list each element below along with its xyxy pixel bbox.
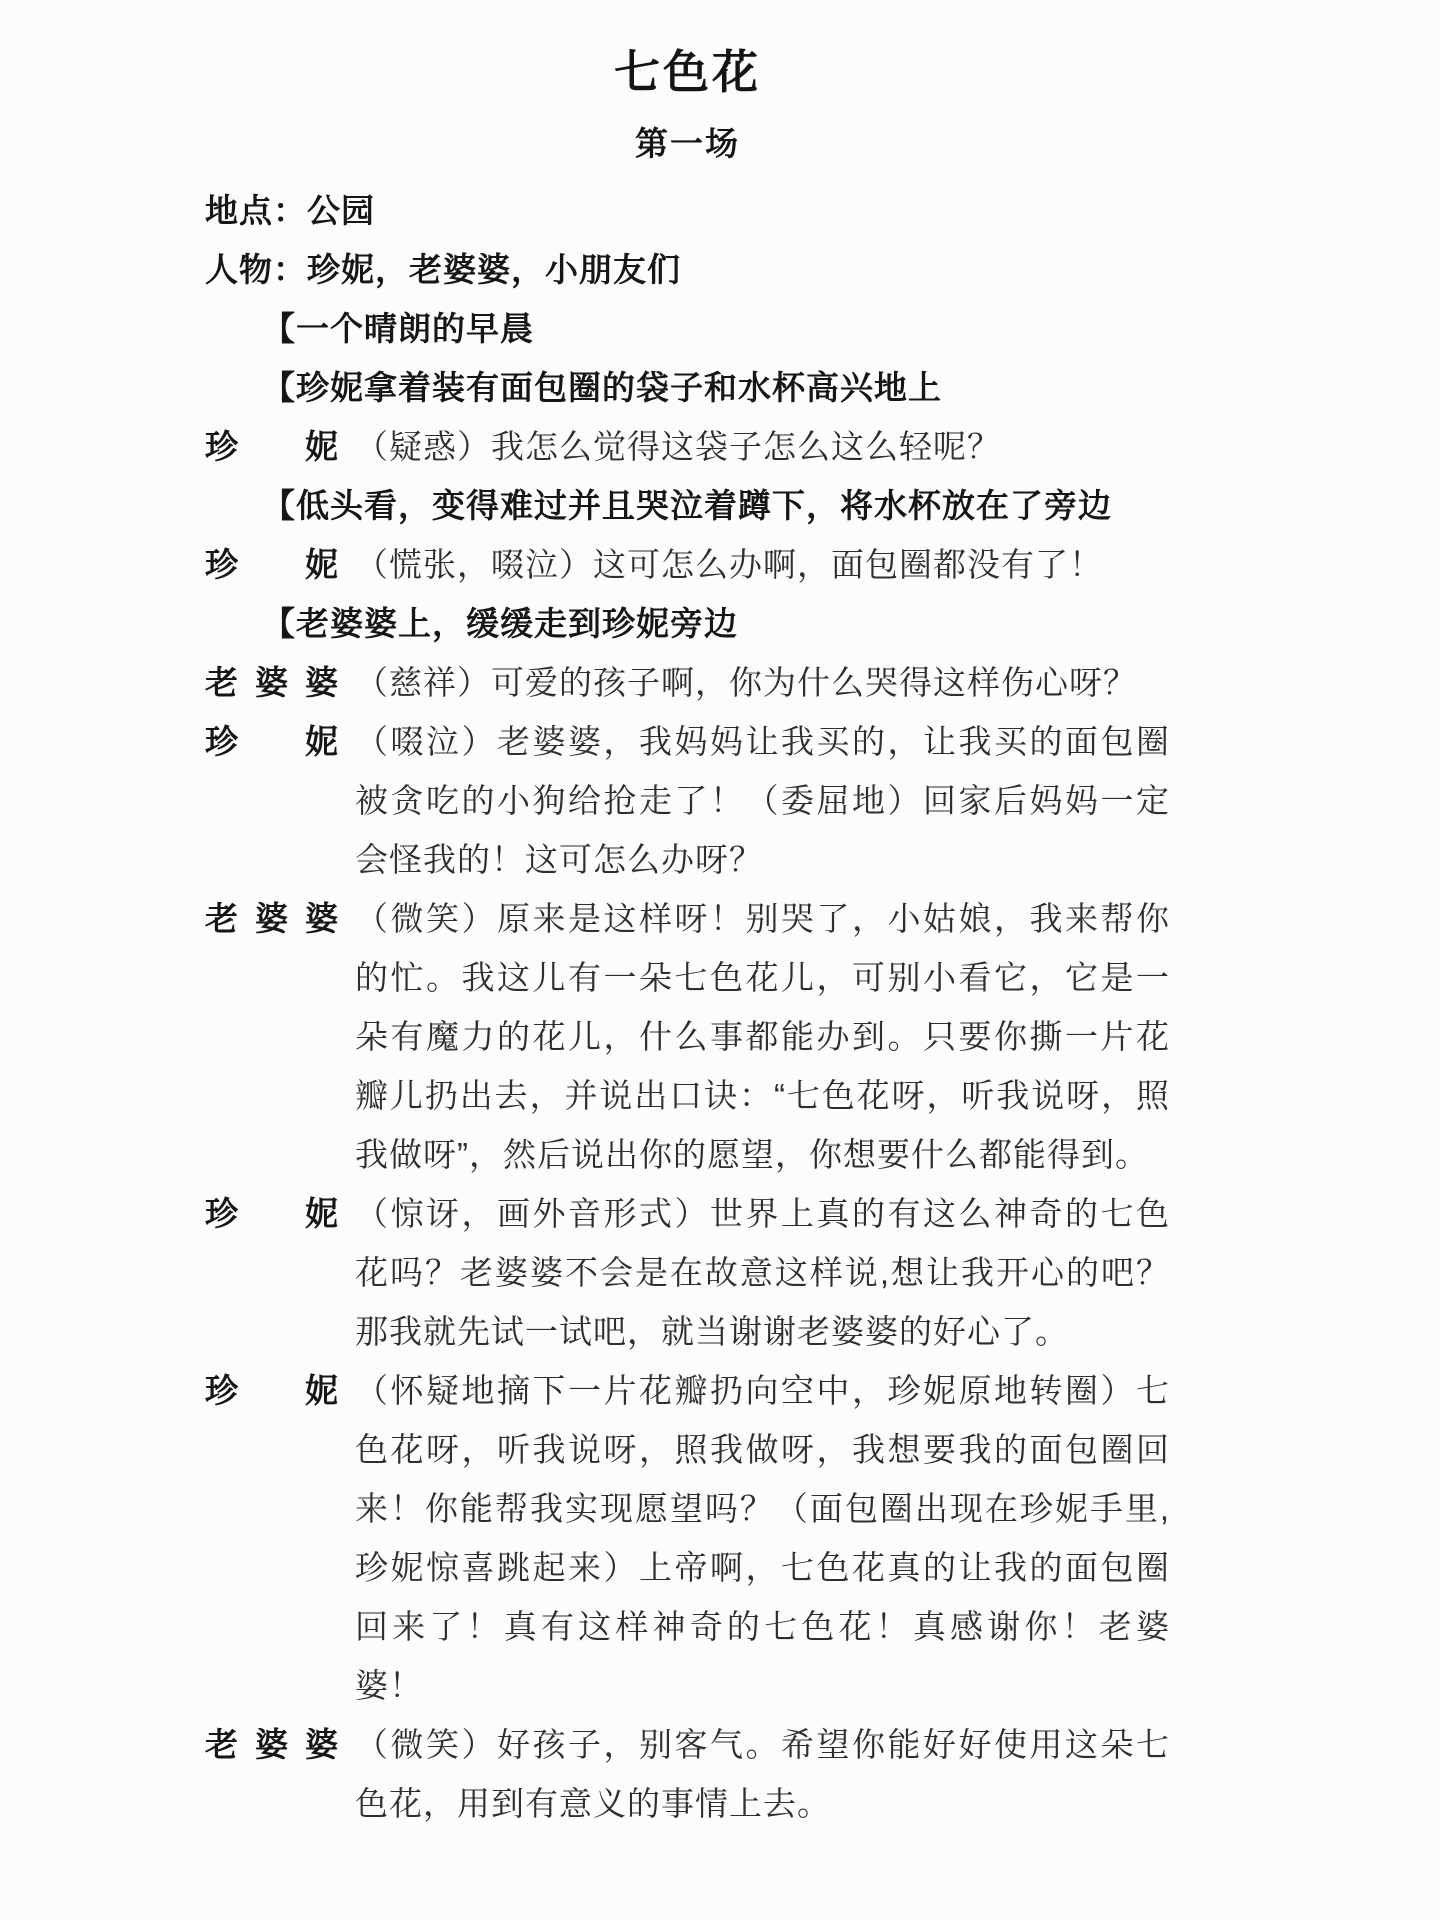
meta-location-text: 地点：公园	[205, 181, 1170, 240]
script-body: 地点：公园 人物：珍妮，老婆婆，小朋友们 【一个晴朗的早晨 【珍妮拿着装有面包圈…	[205, 181, 1170, 1833]
dialogue-row: 珍妮 （惊讶，画外音形式）世界上真的有这么神奇的七色花吗？老婆婆不会是在故意这样…	[205, 1184, 1170, 1361]
meta-location: 地点：公园	[205, 181, 1170, 240]
stage-direction-text: 【一个晴朗的早晨	[205, 299, 1170, 358]
speech-text: （微笑）好孩子，别客气。希望你能好好使用这朵七色花，用到有意义的事情上去。	[355, 1715, 1170, 1833]
script-page: 七色花 第一场 地点：公园 人物：珍妮，老婆婆，小朋友们 【一个晴朗的早晨 【珍…	[0, 0, 1440, 1920]
speech-text: （慌张，啜泣）这可怎么办啊，面包圈都没有了！	[355, 535, 1170, 594]
dialogue-row: 珍妮 （怀疑地摘下一片花瓣扔向空中，珍妮原地转圈）七色花呀，听我说呀，照我做呀，…	[205, 1361, 1170, 1715]
speaker-name: 珍妮	[205, 1184, 339, 1243]
dialogue-row: 老婆婆 （微笑）原来是这样呀！别哭了，小姑娘，我来帮你的忙。我这儿有一朵七色花儿…	[205, 889, 1170, 1184]
page-title: 七色花	[205, 40, 1170, 102]
speech-text: （怀疑地摘下一片花瓣扔向空中，珍妮原地转圈）七色花呀，听我说呀，照我做呀，我想要…	[355, 1361, 1170, 1715]
stage-direction-text: 【珍妮拿着装有面包圈的袋子和水杯高兴地上	[205, 358, 1170, 417]
scene-heading: 第一场	[205, 124, 1170, 164]
dialogue-row: 珍妮 （疑惑）我怎么觉得这袋子怎么这么轻呢？	[205, 417, 1170, 476]
dialogue-row: 老婆婆 （慈祥）可爱的孩子啊，你为什么哭得这样伤心呀？	[205, 653, 1170, 712]
speech-text: （慈祥）可爱的孩子啊，你为什么哭得这样伤心呀？	[355, 653, 1170, 712]
dialogue-row: 珍妮 （啜泣）老婆婆，我妈妈让我买的，让我买的面包圈被贪吃的小狗给抢走了！（委屈…	[205, 712, 1170, 889]
speaker-name: 老婆婆	[205, 889, 339, 948]
speech-text: （微笑）原来是这样呀！别哭了，小姑娘，我来帮你的忙。我这儿有一朵七色花儿，可别小…	[355, 889, 1170, 1184]
dialogue-row: 珍妮 （慌张，啜泣）这可怎么办啊，面包圈都没有了！	[205, 535, 1170, 594]
speaker-name: 珍妮	[205, 1361, 339, 1420]
stage-direction: 【珍妮拿着装有面包圈的袋子和水杯高兴地上	[205, 358, 1170, 417]
speech-text: （啜泣）老婆婆，我妈妈让我买的，让我买的面包圈被贪吃的小狗给抢走了！（委屈地）回…	[355, 712, 1170, 889]
speech-text: （疑惑）我怎么觉得这袋子怎么这么轻呢？	[355, 417, 1170, 476]
stage-direction-text: 【低头看，变得难过并且哭泣着蹲下，将水杯放在了旁边	[205, 476, 1170, 535]
meta-characters-text: 人物：珍妮，老婆婆，小朋友们	[205, 240, 1170, 299]
dialogue-row: 老婆婆 （微笑）好孩子，别客气。希望你能好好使用这朵七色花，用到有意义的事情上去…	[205, 1715, 1170, 1833]
stage-direction: 【低头看，变得难过并且哭泣着蹲下，将水杯放在了旁边	[205, 476, 1170, 535]
stage-direction-text: 【老婆婆上，缓缓走到珍妮旁边	[205, 594, 1170, 653]
stage-direction: 【一个晴朗的早晨	[205, 299, 1170, 358]
speaker-name: 珍妮	[205, 712, 339, 771]
speaker-name: 老婆婆	[205, 653, 339, 712]
stage-direction: 【老婆婆上，缓缓走到珍妮旁边	[205, 594, 1170, 653]
speaker-name: 珍妮	[205, 417, 339, 476]
speaker-name: 老婆婆	[205, 1715, 339, 1774]
speaker-name: 珍妮	[205, 535, 339, 594]
speech-text: （惊讶，画外音形式）世界上真的有这么神奇的七色花吗？老婆婆不会是在故意这样说,想…	[355, 1184, 1170, 1361]
meta-characters: 人物：珍妮，老婆婆，小朋友们	[205, 240, 1170, 299]
